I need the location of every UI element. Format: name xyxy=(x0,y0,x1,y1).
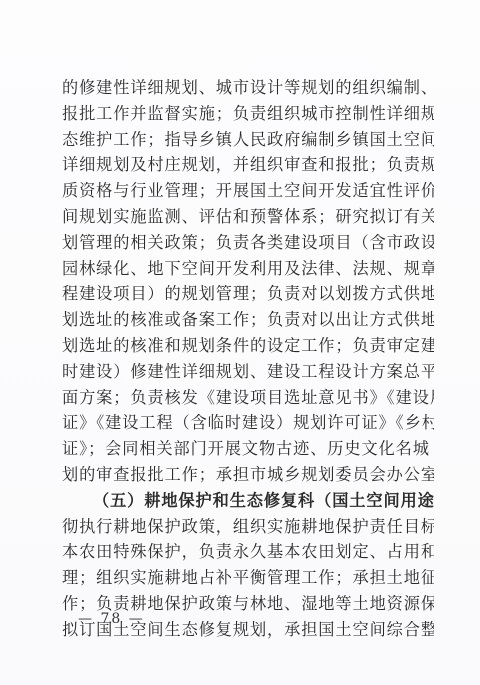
text-line: 时建设）修建性详细规划、建设工程设计方案总平面图和建筑立 xyxy=(62,359,434,385)
text-line: 划管理的相关政策；负责各类建设项目（含市政设施、基础设施、 xyxy=(62,230,434,256)
text-line: 园林绿化、地下空间开发利用及法律、法规、规章规定的其他工 xyxy=(62,256,434,282)
text-line: 质资格与行业管理；开展国土空间开发适宜性评价，建立国土空 xyxy=(62,178,434,204)
text-line: 程建设项目）的规划管理；负责对以划拨方式供地的建设项目规 xyxy=(62,281,434,307)
document-page: 的修建性详细规划、城市设计等规划的组织编制、论证、审批和 报批工作并监督实施；负… xyxy=(0,0,480,685)
body-text: 的修建性详细规划、城市设计等规划的组织编制、论证、审批和 报批工作并监督实施；负… xyxy=(62,75,434,643)
text-line: 划选址的核准或备案工作；负责对以出让方式供地的建设项目规 xyxy=(62,307,434,333)
text-line: 证》《建设工程（含临时建设）规划许可证》《乡村建设规划许可 xyxy=(62,410,434,436)
text-line: 理；组织实施耕地占补平衡管理工作；承担土地征收征用管理工 xyxy=(62,565,434,591)
section-five-heading: （五）耕地保护和生态修复科（国土空间用途管制科）。 xyxy=(93,491,434,510)
text-line: 详细规划及村庄规划，并组织审查和报批；负责规划编制单位资 xyxy=(62,152,434,178)
text-line: 证》；会同相关部门开展文物古迹、历史文化名城（镇、村）规 xyxy=(62,436,434,462)
text-line: 间规划实施监测、评估和预警体系；研究拟订有关规划实施和规 xyxy=(62,204,434,230)
page-number: — 78 — xyxy=(78,611,145,627)
text-line: 本农田特殊保护，负责永久基本农田划定、占用和补划的监督管 xyxy=(62,539,434,565)
text-line: 的修建性详细规划、城市设计等规划的组织编制、论证、审批和 xyxy=(62,75,434,101)
section-five-heading-line: （五）耕地保护和生态修复科（国土空间用途管制科）。贯 xyxy=(62,488,434,514)
text-line: 报批工作并监督实施；负责组织城市控制性详细规划的调整及动 xyxy=(62,101,434,127)
text-line: 彻执行耕地保护政策，组织实施耕地保护责任目标考核和永久基 xyxy=(62,514,434,540)
text-line: 划的审查报批工作；承担市城乡规划委员会办公室的日常工作。 xyxy=(62,462,434,488)
text-line: 面方案；负责核发《建设项目选址意见书》《建设用地规划许可 xyxy=(62,385,434,411)
text-line: 态维护工作；指导乡镇人民政府编制乡镇国土空间规划、控制性 xyxy=(62,127,434,153)
text-line: 划选址的核准和规划条件的设定工作；负责审定建设项目（含临 xyxy=(62,333,434,359)
